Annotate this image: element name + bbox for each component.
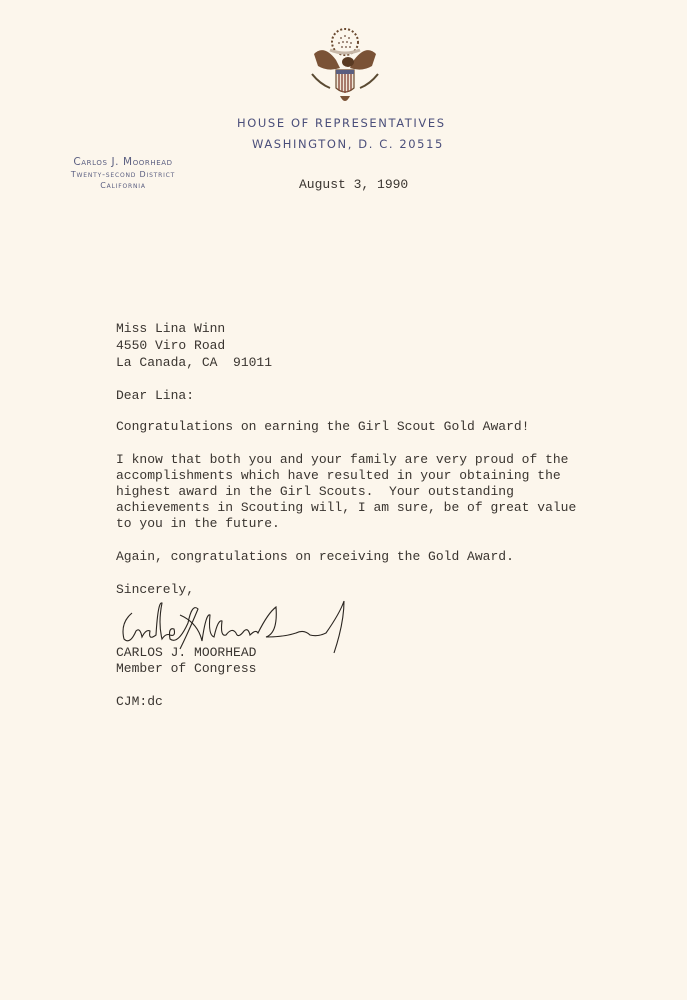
recipient-name: Miss Lina Winn [116, 321, 225, 337]
member-name: Carlos J. Moorhead [54, 156, 192, 168]
reference-initials: CJM:dc [116, 694, 163, 710]
recipient-city: La Canada, CA 91011 [116, 355, 272, 371]
great-seal-eagle-icon [304, 24, 386, 110]
signer-title: Member of Congress [116, 661, 256, 677]
body-paragraph-1: Congratulations on earning the Girl Scou… [116, 419, 529, 435]
member-state: California [54, 181, 192, 190]
body-paragraph-2-line: to you in the future. [116, 516, 280, 532]
recipient-street: 4550 Viro Road [116, 338, 225, 354]
body-paragraph-2-line: highest award in the Girl Scouts. Your o… [116, 484, 514, 500]
salutation: Dear Lina: [116, 388, 194, 404]
body-paragraph-3: Again, congratulations on receiving the … [116, 549, 514, 565]
letterhead-member-block: Carlos J. Moorhead Twenty-second Distric… [54, 156, 192, 190]
member-district: Twenty-second District [54, 170, 192, 179]
body-paragraph-2-line: I know that both you and your family are… [116, 452, 568, 468]
signer-typed-name: CARLOS J. MOORHEAD [116, 645, 256, 661]
letterhead-house: HOUSE OF REPRESENTATIVES [237, 116, 446, 130]
letter-date: August 3, 1990 [299, 177, 408, 192]
body-paragraph-2-line: accomplishments which have resulted in y… [116, 468, 561, 484]
body-paragraph-2-line: achievements in Scouting will, I am sure… [116, 500, 576, 516]
letterhead-address: WASHINGTON, D. C. 20515 [252, 137, 444, 151]
